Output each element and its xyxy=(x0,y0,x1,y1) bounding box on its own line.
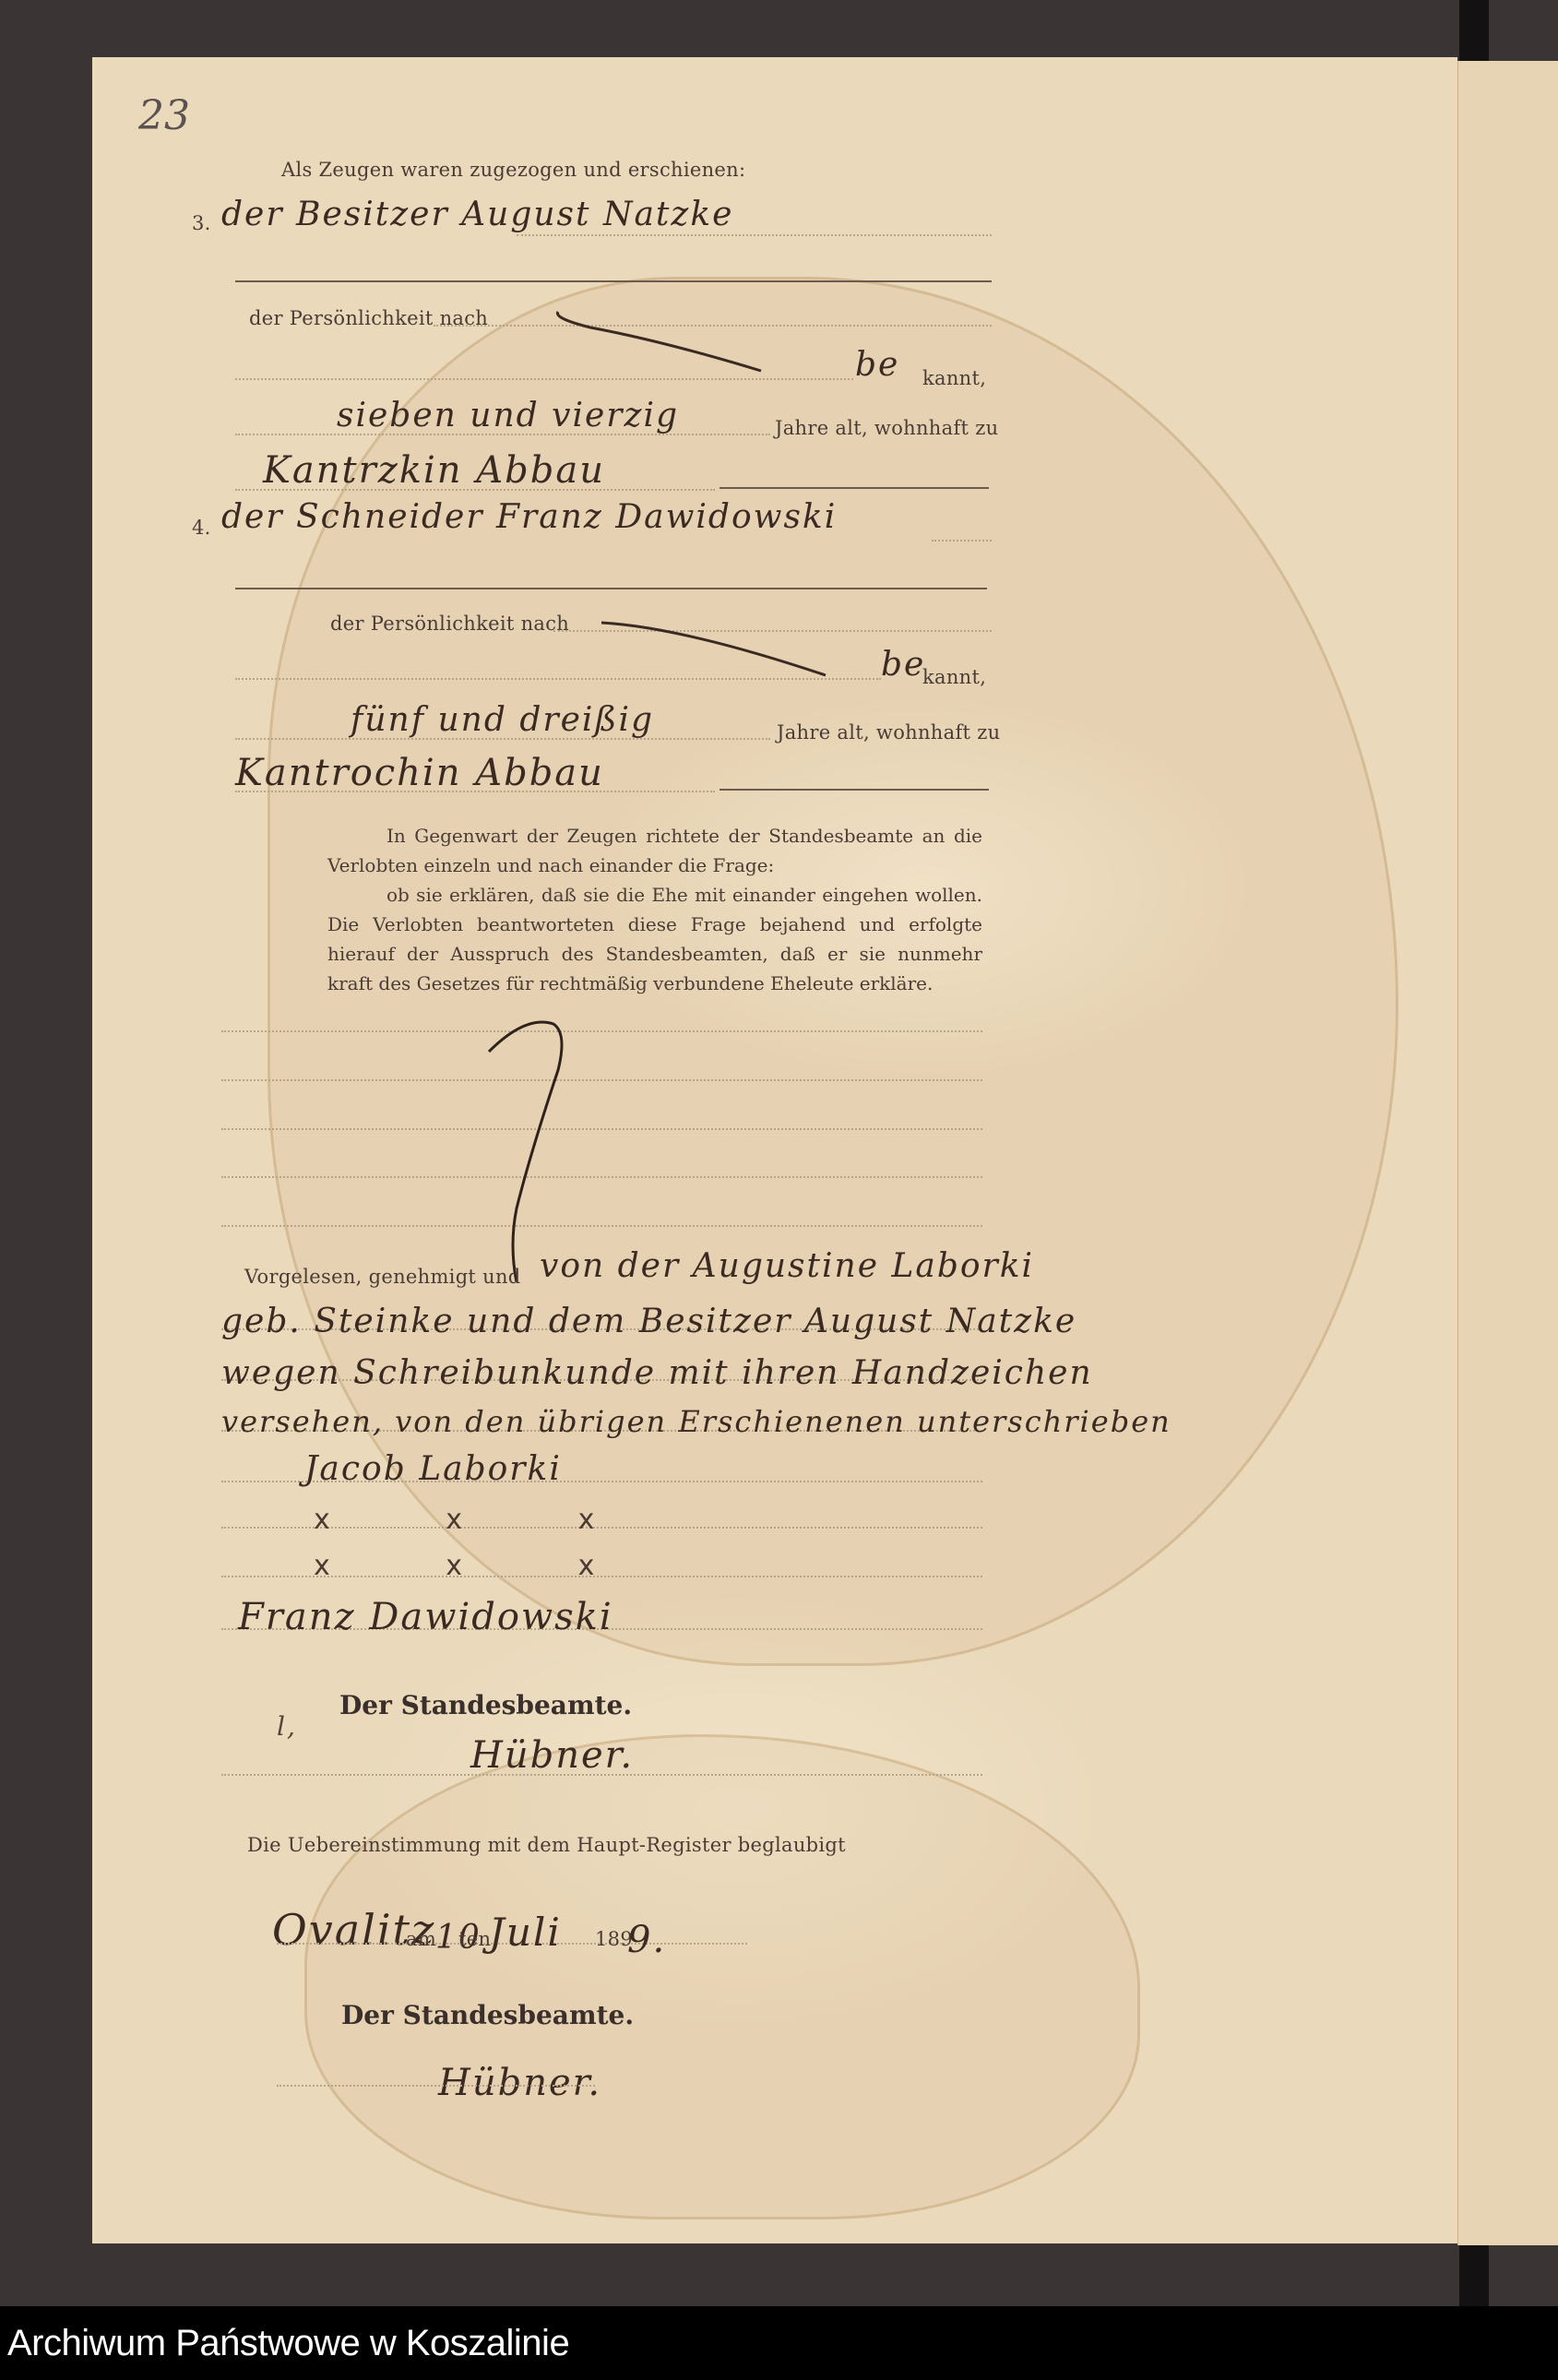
declaration-line-1: In Gegenwart der Zeugen richtete der Sta… xyxy=(327,821,982,880)
witness-3-entry: der Besitzer August Natzke xyxy=(221,196,733,233)
signature-jacob-laborki: Jacob Laborki xyxy=(304,1450,562,1488)
form-line xyxy=(932,540,992,541)
declaration-paragraph: In Gegenwart der Zeugen richtete der Sta… xyxy=(327,821,982,998)
ink-rule xyxy=(720,487,989,489)
certification-year-handwritten: 9. xyxy=(627,1919,666,1961)
hand-marks-row-1: x x x xyxy=(314,1504,648,1536)
approval-line-1: von der Augustine Laborki xyxy=(540,1247,1034,1285)
witness-3-number: 3. xyxy=(192,212,211,234)
approval-line-4: versehen, von den übrigen Erschienenen u… xyxy=(221,1404,1171,1439)
registrar-signature-1: Hübner. xyxy=(470,1734,634,1777)
form-line xyxy=(235,678,881,680)
adjacent-page xyxy=(1457,61,1558,2245)
certification-am: am xyxy=(406,1928,436,1950)
witness-3-age: sieben und vierzig xyxy=(337,397,679,434)
ink-rule xyxy=(235,588,987,589)
form-line xyxy=(235,378,853,380)
witnesses-intro: Als Zeugen waren zugezogen und erschiene… xyxy=(281,159,745,181)
archive-caption-bar: Archiwum Państwowe w Koszalinie xyxy=(0,2306,1558,2380)
signature-franz-dawidowski: Franz Dawidowski xyxy=(238,1596,613,1638)
declaration-line-2: ob sie erklären, daß sie die Ehe mit ein… xyxy=(327,880,982,998)
registrar-title-1: Der Standesbeamte. xyxy=(339,1690,632,1720)
form-line xyxy=(235,791,715,792)
certification-month: Juli xyxy=(489,1910,562,1955)
witness-4-residence: Kantrochin Abbau xyxy=(235,752,604,794)
certification-text: Die Uebereinstimmung mit dem Haupt-Regis… xyxy=(247,1834,846,1856)
witness-3-known-prefix: be xyxy=(855,346,899,384)
form-line xyxy=(277,2085,595,2087)
folio-number: 23 xyxy=(138,92,190,139)
approval-line-3: wegen Schreibunkunde mit ihren Handzeich… xyxy=(221,1354,1093,1392)
witness-3-known-suffix: kannt, xyxy=(922,367,986,389)
approval-line-2: geb. Steinke und dem Besitzer August Nat… xyxy=(221,1303,1076,1340)
hand-marks-row-2: x x x xyxy=(314,1550,648,1582)
form-line xyxy=(235,489,715,491)
approval-printed: Vorgelesen, genehmigt und xyxy=(244,1266,521,1288)
margin-mark: l, xyxy=(277,1711,297,1742)
witness-4-age: fünf und dreißig xyxy=(351,701,654,739)
witness-4-identity-label: der Persönlichkeit nach xyxy=(330,613,569,635)
witness-4-number: 4. xyxy=(192,517,211,539)
certification-day-suffix: ten xyxy=(458,1928,491,1950)
form-line xyxy=(517,234,992,236)
registrar-title-2: Der Standesbeamte. xyxy=(341,2000,634,2030)
witness-4-age-label: Jahre alt, wohnhaft zu xyxy=(777,721,1000,744)
dash-stroke xyxy=(553,304,775,378)
witness-4-known-suffix: kannt, xyxy=(922,666,986,688)
witness-4-known-prefix: be xyxy=(881,646,925,684)
witness-3-residence: Kantrzkin Abbau xyxy=(263,449,605,492)
dash-stroke xyxy=(600,618,839,683)
form-line xyxy=(221,1774,982,1776)
archive-caption: Archiwum Państwowe w Koszalinie xyxy=(7,2323,569,2364)
ink-rule xyxy=(720,789,989,791)
witness-4-entry: der Schneider Franz Dawidowski xyxy=(221,498,837,536)
registrar-signature-2: Hübner. xyxy=(438,2062,601,2104)
ink-rule xyxy=(235,280,992,282)
witness-3-age-label: Jahre alt, wohnhaft zu xyxy=(775,417,998,439)
